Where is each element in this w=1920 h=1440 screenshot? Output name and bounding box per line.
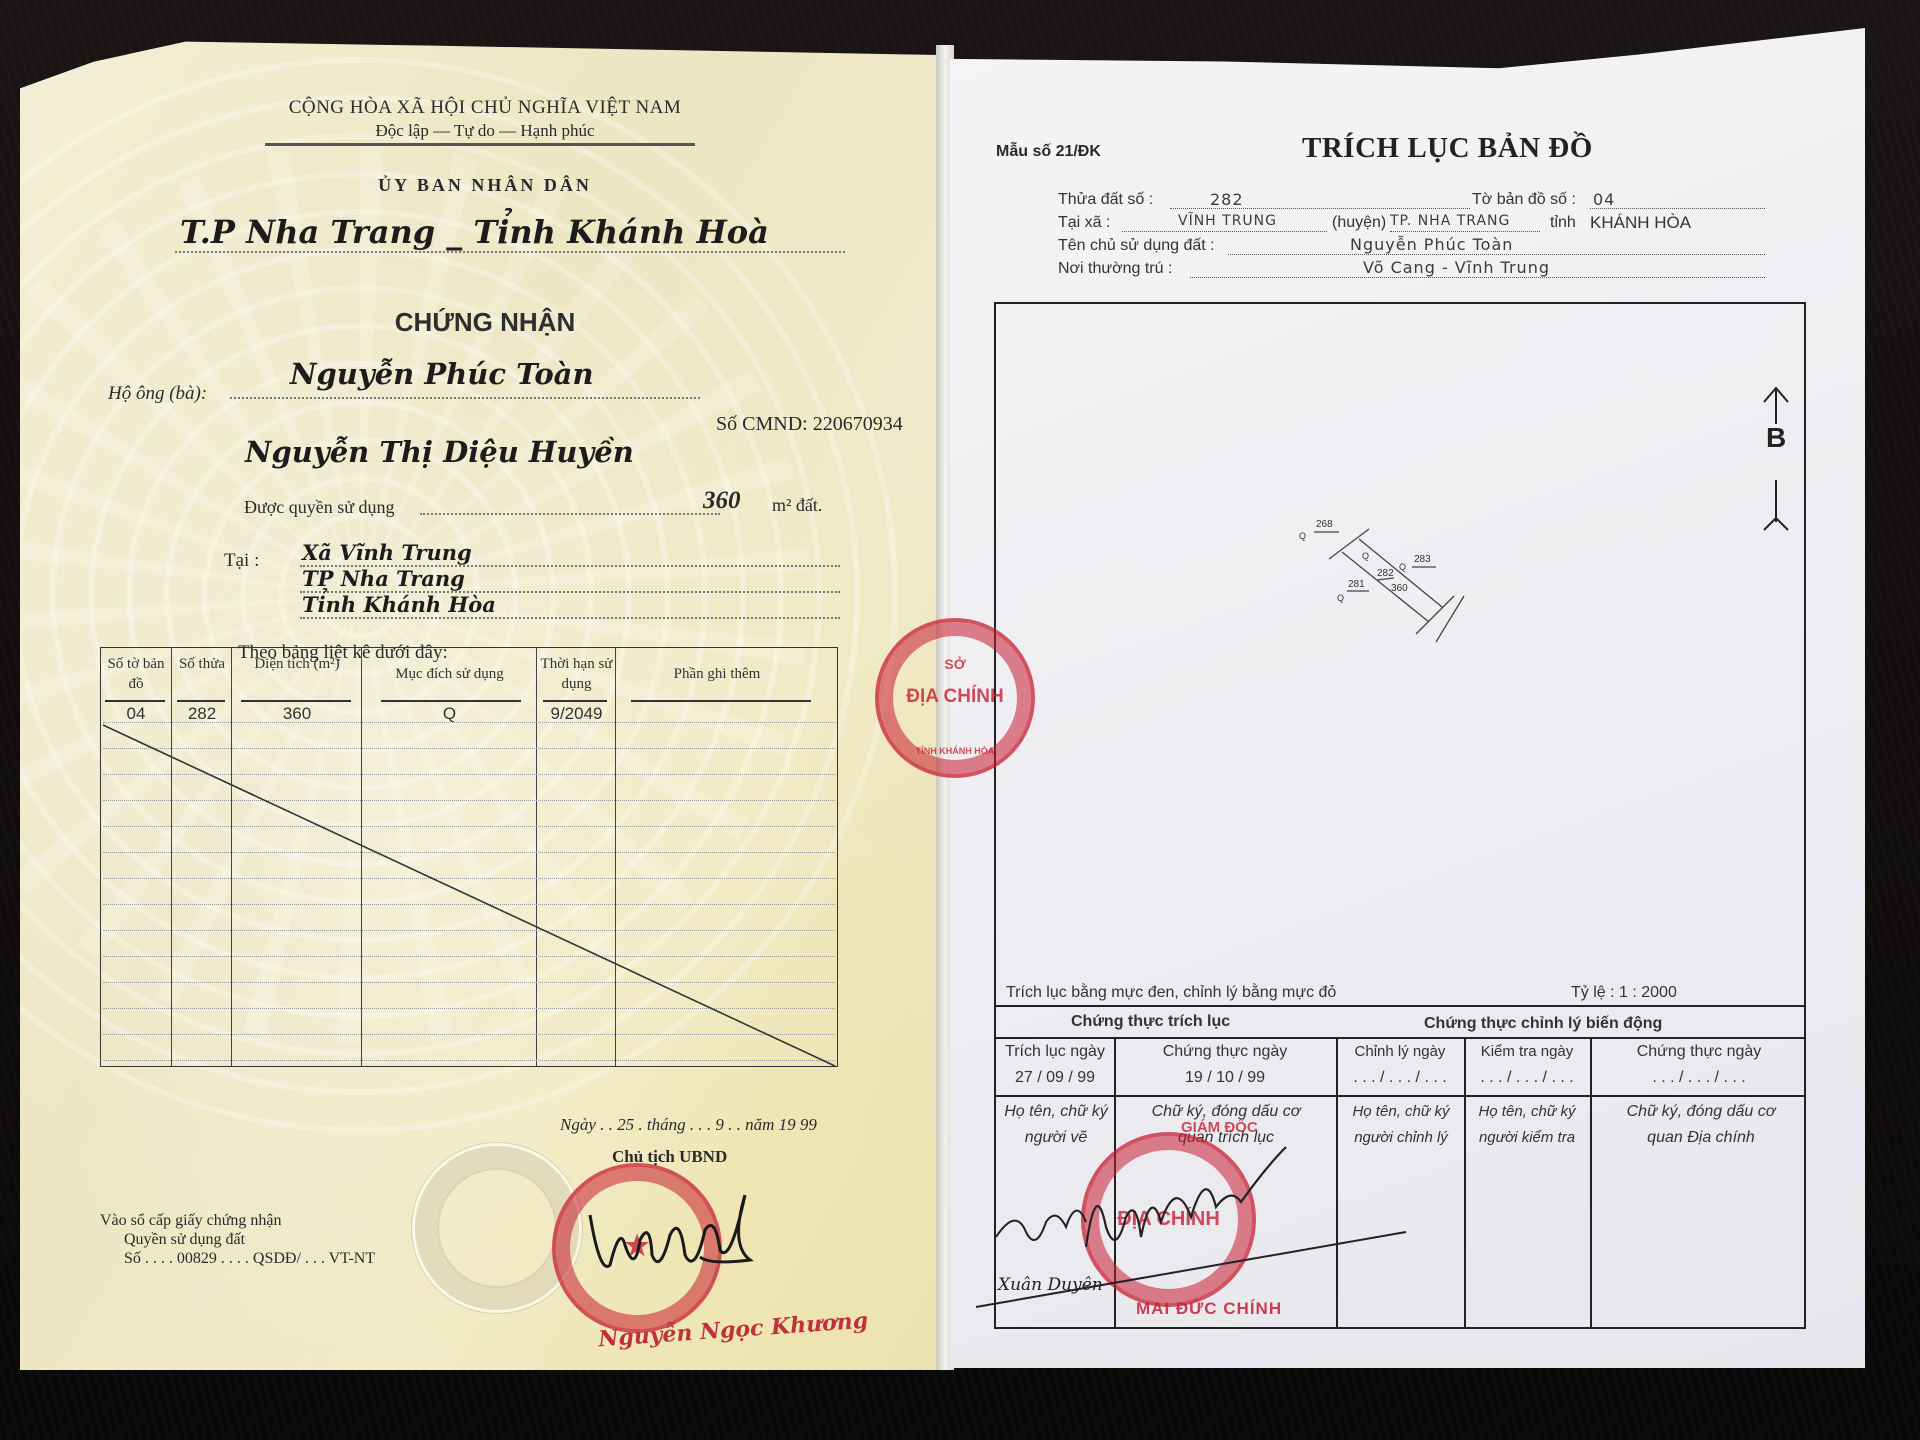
cell-term: 9/2049	[538, 704, 615, 724]
spine-land-admin-stamp-icon: SỞ ĐỊA CHÍNH TỈNH KHÁNH HÒA	[875, 618, 1035, 778]
section-extract-heading: Chứng thực trích lục	[1071, 1013, 1230, 1031]
city-dotline	[175, 251, 845, 253]
area-dotline	[420, 513, 720, 515]
check-date-value: . . . / . . . / . . .	[1464, 1065, 1590, 1091]
svg-text:Q: Q	[1337, 593, 1344, 603]
checker-role-label: Họ tên, chữ ký người kiểm tra	[1468, 1099, 1586, 1151]
certify-date-header: Chứng thực ngày	[1114, 1039, 1336, 1065]
extract-date-header: Trích lục ngày	[996, 1039, 1114, 1065]
header-rule	[265, 143, 695, 146]
issue-date: Ngày . . 25 . tháng . . . 9 . . năm 19 9…	[560, 1115, 817, 1135]
residence-value: Võ Cang - Vĩnh Trung	[1363, 258, 1550, 277]
registry-line-3: Số . . . . 00829 . . . . QSDĐ/ . . . VT-…	[100, 1249, 375, 1268]
svg-text:Q: Q	[1362, 551, 1369, 561]
col-header-map-sheet: Số tờ bản đồ	[101, 654, 171, 694]
registry-line-2: Quyền sử dụng đất	[100, 1230, 375, 1249]
district-value: TP. NHA TRANG	[1390, 213, 1510, 229]
holder-name-2: Nguyễn Thị Diệu Huyền	[245, 435, 634, 469]
svg-text:268: 268	[1316, 519, 1333, 530]
adjust-date-value: . . . / . . . / . . .	[1336, 1065, 1464, 1091]
owner-label: Tên chủ sử dụng đất :	[1058, 237, 1215, 255]
area-unit: m² đất.	[772, 495, 822, 516]
id-number: Số CMND: 220670934	[716, 413, 903, 436]
col-header-purpose: Mục đích sử dụng	[363, 664, 536, 684]
check-date-header: Kiểm tra ngày	[1464, 1039, 1590, 1065]
certify-date-value: 19 / 10 / 99	[1114, 1065, 1336, 1091]
commune-value: VĨNH TRUNG	[1178, 213, 1277, 229]
nation-heading: CỘNG HÒA XÃ HỘI CHỦ NGHĨA VIỆT NAM	[260, 97, 710, 119]
authority-heading: ỦY BAN NHÂN DÂN	[260, 175, 710, 196]
certificate-title: CHỨNG NHẬN	[260, 307, 710, 338]
svg-text:283: 283	[1414, 554, 1431, 565]
holder-label: Hộ ông (bà):	[108, 383, 207, 405]
commune-label: Tại xã :	[1058, 214, 1110, 232]
cell-map-sheet: 04	[101, 704, 171, 724]
location-line-1: Xã Vĩnh Trung	[302, 540, 472, 565]
parcel-value: 282	[1210, 190, 1244, 209]
parcel-label: Thửa đất số :	[1058, 191, 1153, 209]
section-changes-heading: Chứng thực chỉnh lý biến động	[1424, 1015, 1662, 1033]
north-arrow-icon	[1756, 382, 1796, 532]
owner-value: Nguyễn Phúc Toàn	[1350, 235, 1513, 254]
certificate-left-page: CỘNG HÒA XÃ HỘI CHỦ NGHĨA VIỆT NAM Độc l…	[20, 35, 940, 1370]
map-scale: Tỷ lệ : 1 : 2000	[1571, 984, 1677, 1002]
north-label: B	[1766, 422, 1786, 454]
svg-text:Q: Q	[1299, 531, 1306, 541]
sheet-value: 04	[1593, 190, 1615, 209]
svg-text:360: 360	[1391, 583, 1408, 594]
map-extract-right-page: Mẫu số 21/ĐK TRÍCH LỤC BẢN ĐỒ Thửa đất s…	[950, 28, 1865, 1368]
city-province: T.P Nha Trang _ Tỉnh Khánh Hoà	[180, 213, 820, 251]
parcel-sketch: 268 Q Q 282 360 Q 283 281 Q	[1279, 494, 1479, 644]
cell-area: 360	[233, 704, 361, 724]
agency-date-header: Chứng thực ngày	[1590, 1039, 1808, 1065]
agency-date-value: . . . / . . . / . . .	[1590, 1065, 1808, 1091]
col-header-area: Diện tích (m²)	[233, 654, 361, 674]
district-label: (huyện)	[1332, 214, 1386, 232]
extract-date-value: 27 / 09 / 99	[996, 1065, 1114, 1091]
cell-parcel: 282	[173, 704, 231, 724]
adjust-date-header: Chỉnh lý ngày	[1336, 1039, 1464, 1065]
area-value: 360	[703, 487, 741, 515]
cell-purpose: Q	[363, 704, 536, 724]
location-line-2: TP Nha Trang	[302, 566, 465, 591]
map-extract-title: TRÍCH LỤC BẢN ĐỒ	[1302, 132, 1593, 165]
location-label: Tại :	[224, 550, 259, 572]
svg-text:282: 282	[1377, 568, 1394, 579]
location-dotline-3	[300, 617, 840, 619]
registry-line-1: Vào sổ cấp giấy chứng nhận	[100, 1211, 375, 1230]
certification-table: Chứng thực trích lục Chứng thực chỉnh lý…	[994, 1007, 1806, 1329]
cadastral-map-frame: B 268 Q Q 282 360 Q 283 281 Q Trích lục …	[994, 302, 1806, 1007]
province-label: tỉnh	[1550, 214, 1576, 232]
col-header-term: Thời hạn sử dụng	[538, 654, 615, 694]
col-header-notes: Phần ghi thêm	[617, 664, 817, 684]
registry-info: Vào sổ cấp giấy chứng nhận Quyền sử dụng…	[100, 1211, 375, 1268]
sheet-label: Tờ bản đồ số :	[1472, 191, 1576, 209]
col-header-parcel: Số thửa	[173, 654, 231, 674]
location-line-3: Tỉnh Khánh Hòa	[302, 592, 496, 617]
ink-legend-note: Trích lục bằng mực đen, chỉnh lý bằng mự…	[1006, 984, 1336, 1002]
land-parcel-table: Số tờ bản đồ Số thửa Diện tích (m²) Mục …	[100, 647, 838, 1067]
holder-dotline	[230, 397, 700, 399]
extract-signatures	[966, 1127, 1426, 1327]
province-value: KHÁNH HÒA	[1590, 213, 1691, 233]
right-to-use-label: Được quyền sử dụng	[244, 497, 395, 518]
motto: Độc lập — Tự do — Hạnh phúc	[260, 121, 710, 141]
agency-role-label: Chữ ký, đóng dấu cơ quan Địa chính	[1626, 1099, 1776, 1151]
svg-text:281: 281	[1348, 579, 1365, 590]
chairman-signature	[580, 1185, 770, 1285]
form-number: Mẫu số 21/ĐK	[996, 143, 1101, 161]
chairman-title: Chủ tịch UBND	[612, 1147, 727, 1167]
drawer-name: Xuân Duyên	[998, 1275, 1103, 1295]
svg-text:Q: Q	[1399, 562, 1406, 572]
residence-label: Nơi thường trú :	[1058, 260, 1172, 278]
holder-name-1: Nguyễn Phúc Toàn	[290, 357, 594, 391]
